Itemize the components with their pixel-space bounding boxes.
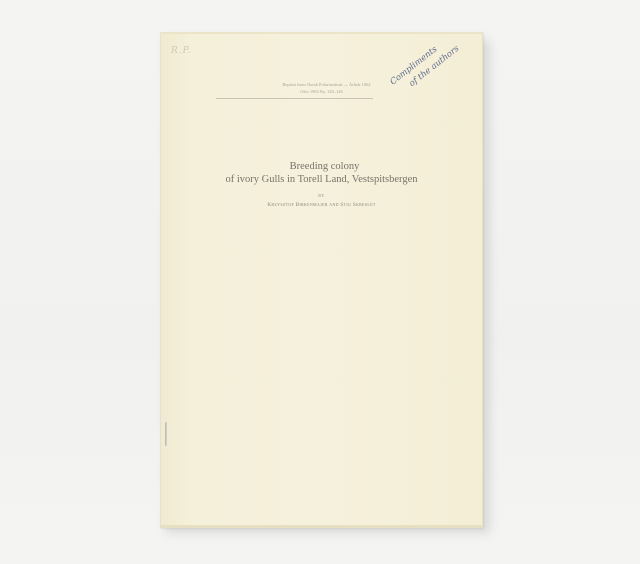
pencil-corner-mark: R.P. <box>171 46 192 56</box>
authors: Krzysztof Birkenmajer and Stig Skreslet <box>160 202 483 208</box>
title-line-2: of ivory Gulls in Torell Land, Vestspits… <box>160 173 483 186</box>
staple <box>165 422 167 446</box>
title-line-1: Breeding colony <box>160 160 483 173</box>
title-block: Breeding colony of ivory Gulls in Torell… <box>160 160 483 208</box>
booklet-bottom-edge <box>160 525 483 528</box>
by-label: BY <box>160 193 483 198</box>
booklet-top-edge <box>160 32 483 34</box>
offprint-booklet: R.P. Reprint from Norsk Polarinstitutt —… <box>160 32 483 528</box>
header-rule <box>216 98 373 99</box>
